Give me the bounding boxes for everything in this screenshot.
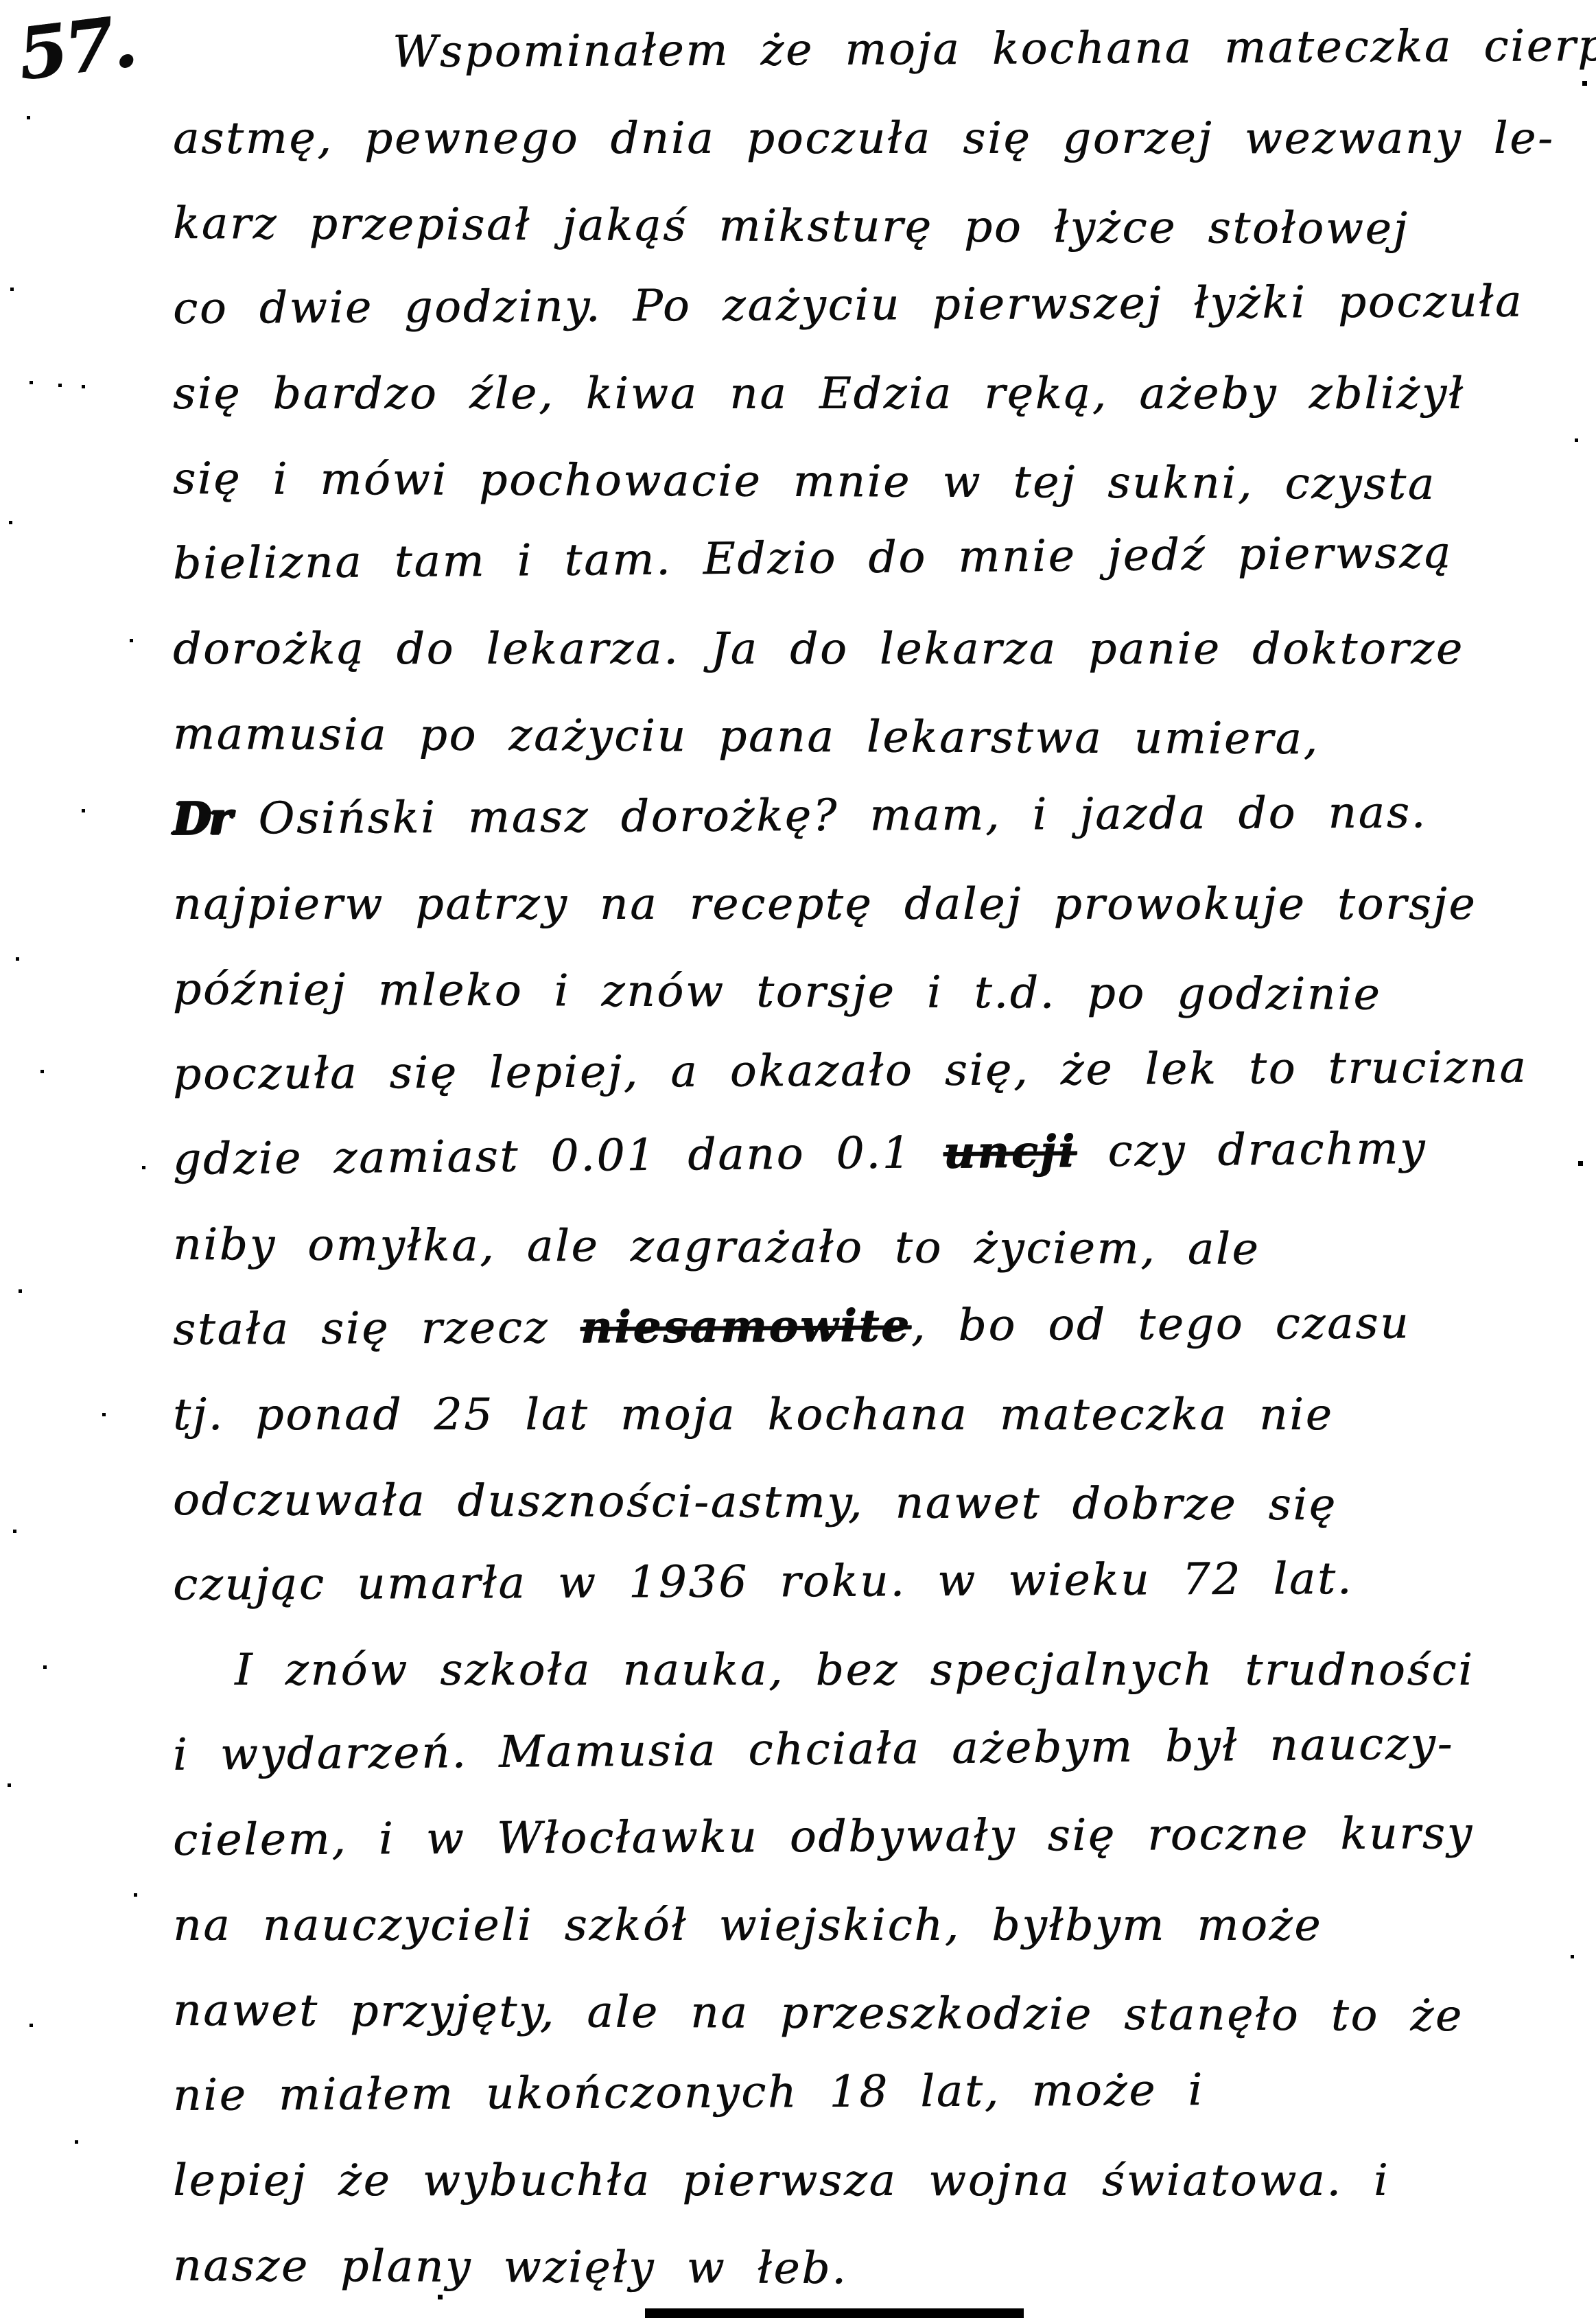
handwriting-line: co dwie godziny. Po zażyciu pierwszej ły… — [173, 259, 1590, 351]
struck-through-word: niesamowite — [580, 1300, 911, 1353]
handwriting-line: stała się rzecz niesamowite, bo od tego … — [173, 1280, 1590, 1372]
handwriting-line: bielizna tam i tam. Edzio do mnie jedź p… — [172, 509, 1589, 607]
scanned-page: { "document": { "page_number": "57.", "l… — [0, 0, 1596, 2318]
ink-blot-text: Dr — [173, 793, 259, 845]
handwriting-line: Dr Osiński masz dorożkę? mam, i jazda do… — [173, 769, 1590, 862]
struck-through-word: uncji — [943, 1126, 1077, 1179]
handwriting-line: niby omyłka, ale zagrażało to życiem, al… — [173, 1202, 1590, 1293]
handwriting-line: dorożką do lekarza. Ja do lekarza panie … — [173, 607, 1589, 692]
handwriting-line: poczuła się lepiej, a okazało się, że le… — [173, 1025, 1590, 1117]
page-number: 57. — [13, 0, 139, 97]
handwriting-line: najpierw patrzy na receptę dalej prowoku… — [173, 862, 1589, 947]
handwriting-line: nawet przyjęty, ale na przeszkodzie stan… — [173, 1968, 1590, 2059]
handwriting-line: odczuwała duszności-astmy, nawet dobrze … — [173, 1457, 1590, 1549]
handwriting-line: karz przepisał jakąś miksturę po łyżce s… — [173, 181, 1590, 272]
handwriting-line: i wydarzeń. Mamusia chciała ażebym był n… — [172, 1700, 1589, 1798]
handwriting-line: Wspominałem że moja kochana mateczka cie… — [173, 3, 1590, 96]
handwriting-line: lepiej że wybuchła pierwsza wojna świato… — [173, 2138, 1589, 2223]
handwriting-line: astmę, pewnego dnia poczuła się gorzej w… — [173, 96, 1589, 181]
handwriting-line: później mleko i znów torsje i t.d. po go… — [173, 947, 1590, 1038]
scan-noise — [0, 0, 2, 2]
handwriting-line: mamusia po zażyciu pana lekarstwa umiera… — [173, 692, 1590, 783]
handwriting-line: nasze plany wzięły w łeb. — [173, 2223, 1590, 2315]
handwriting-line: tj. ponad 25 lat moja kochana mateczka n… — [173, 1372, 1589, 1457]
handwriting-line: gdzie zamiast 0.01 dano 0.1 uncji czy dr… — [172, 1105, 1589, 1202]
handwriting-line: I znów szkoła nauka, bez specjalnych tru… — [173, 1628, 1589, 1713]
handwriting-line: się bardzo źle, kiwa na Edzia ręką, ażeb… — [173, 351, 1589, 436]
handwriting-lines: Wspominałem że moja kochana mateczka cie… — [173, 11, 1589, 2308]
handwriting-line: czując umarła w 1936 roku. w wieku 72 la… — [173, 1535, 1590, 1628]
handwriting-line: nie miałem ukończonych 18 lat, może i — [173, 2046, 1590, 2138]
handwriting-line: na nauczycieli szkół wiejskich, byłbym m… — [173, 1883, 1589, 1968]
scan-artifact-bar — [645, 2308, 1024, 2318]
handwriting-line: cielem, i w Włocławku odbywały się roczn… — [173, 1790, 1590, 1883]
